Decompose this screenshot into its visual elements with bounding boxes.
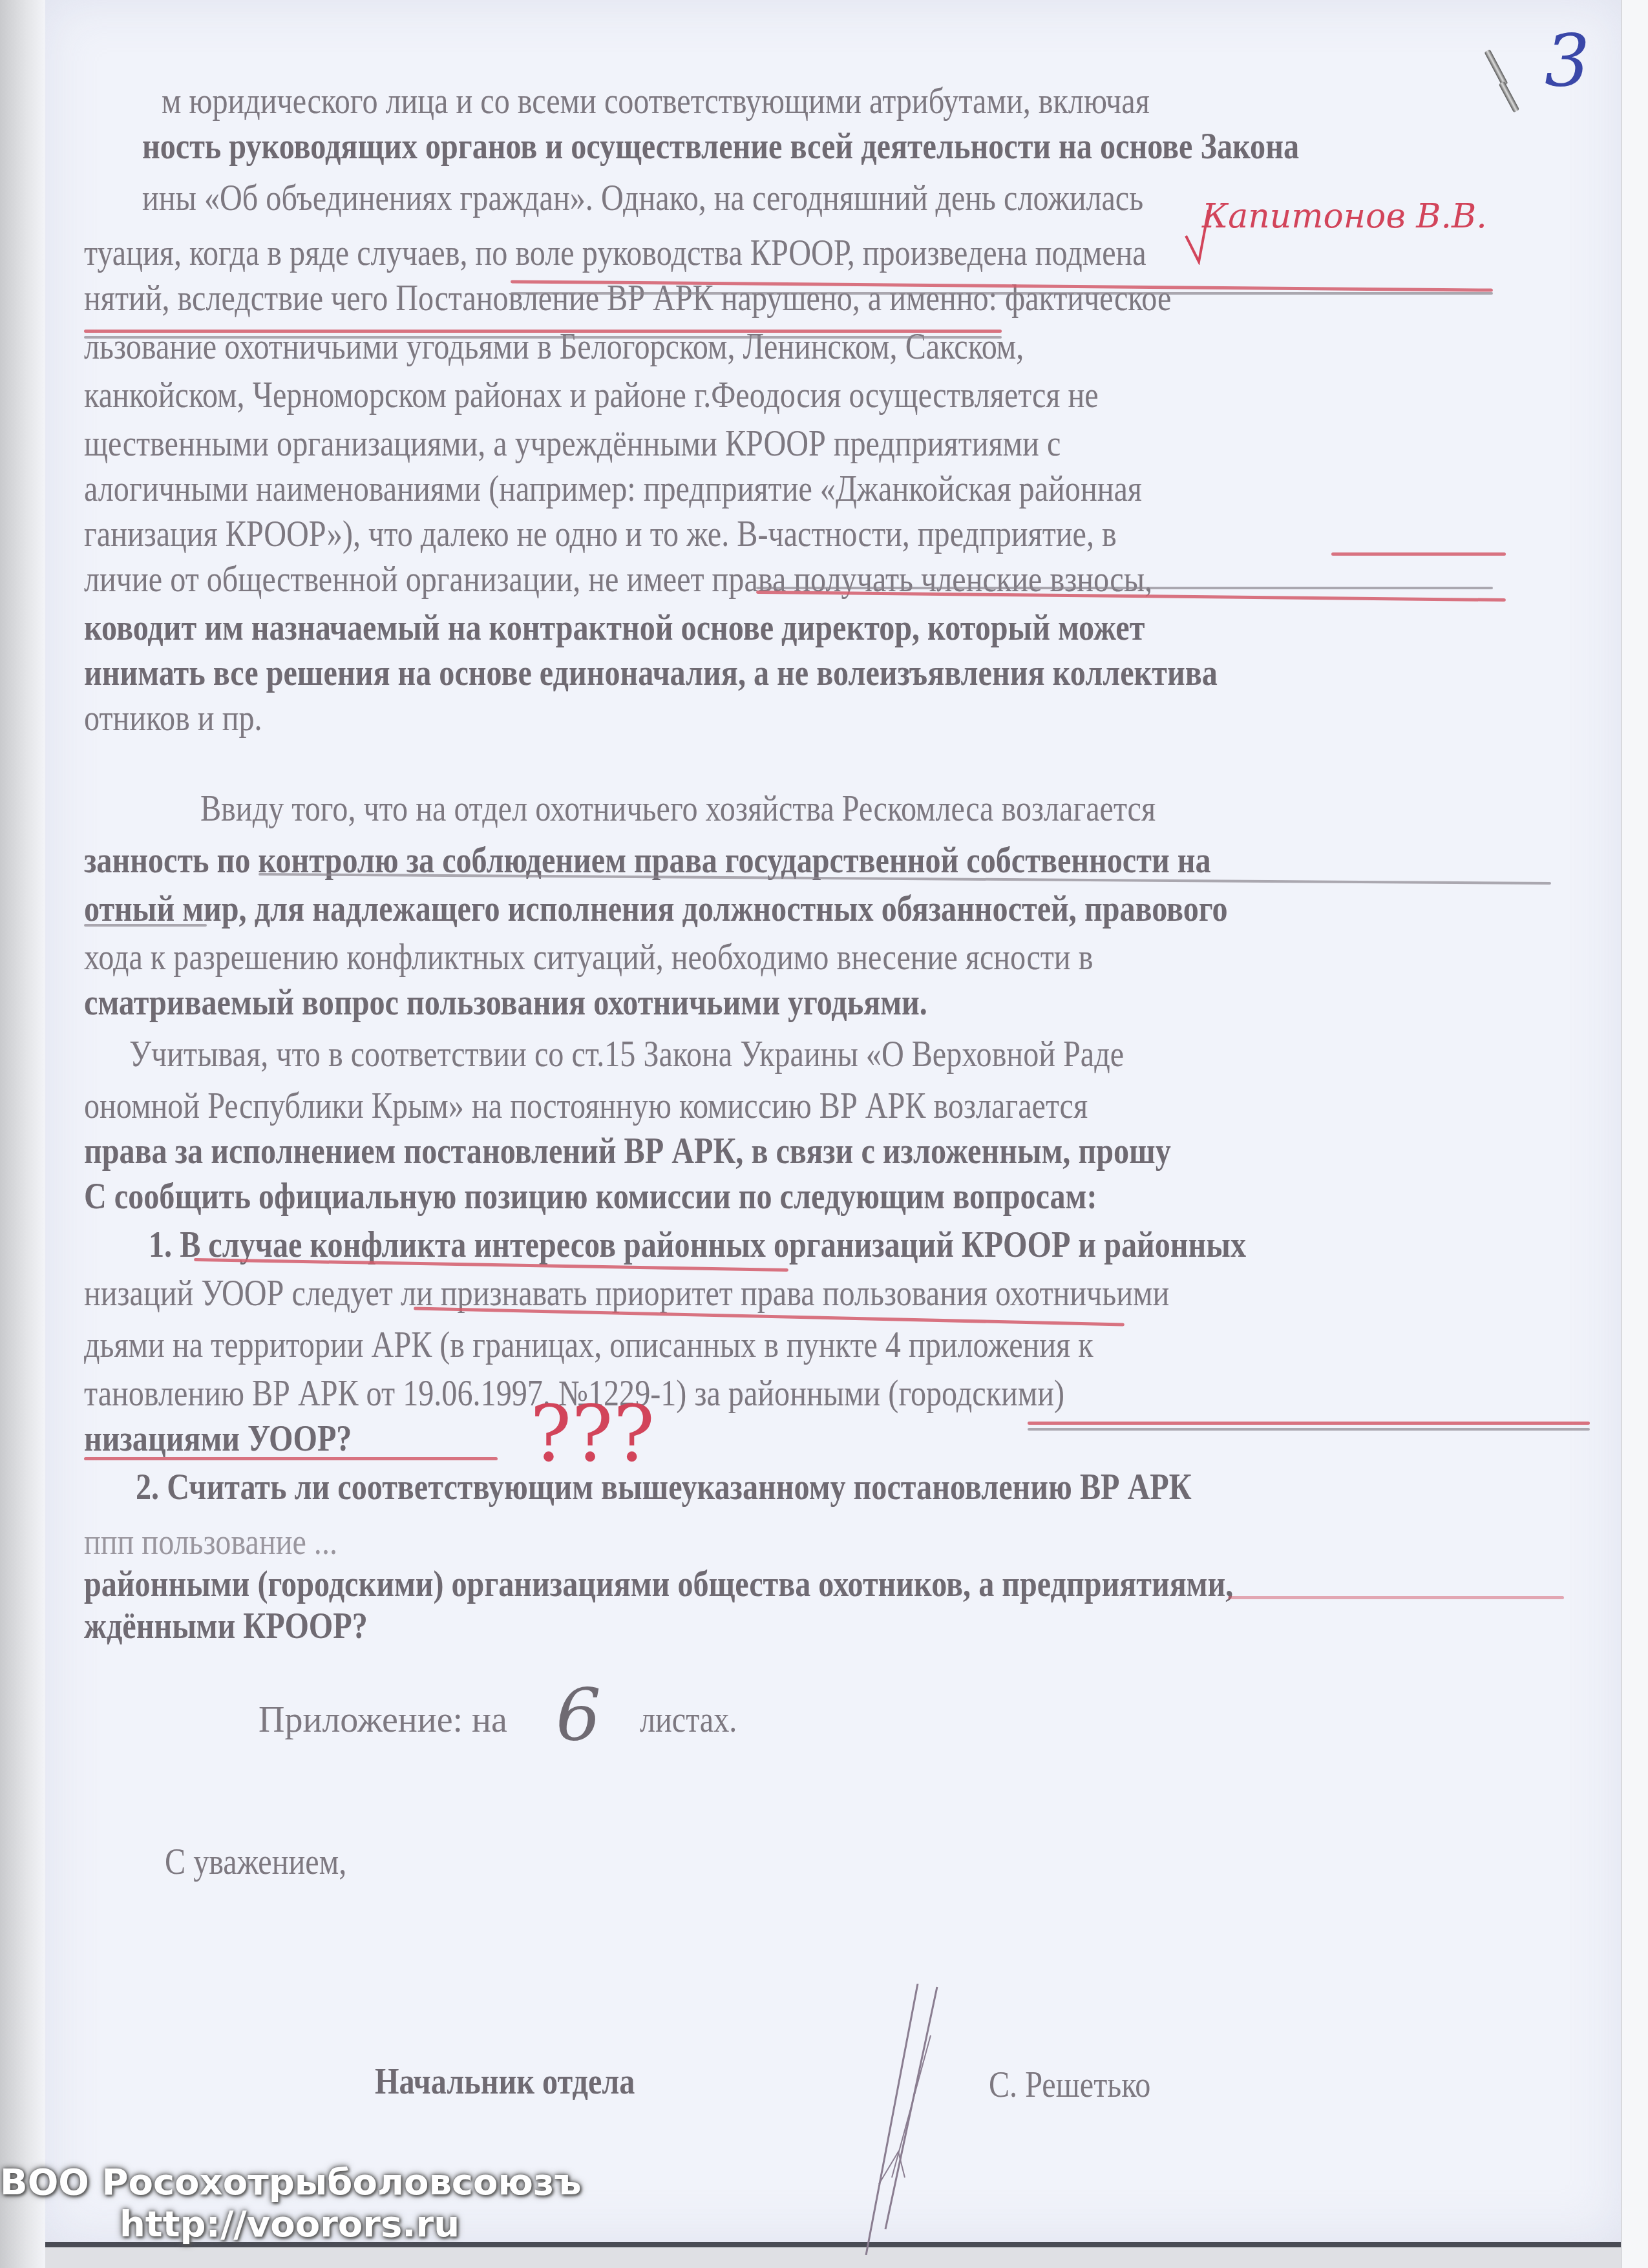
text-line: хода к разрешению конфликтных ситуаций, … bbox=[84, 937, 1093, 978]
pen-underline bbox=[1028, 1422, 1590, 1425]
question-marks: ??? bbox=[530, 1389, 655, 1479]
attachment-prefix: Приложение: на bbox=[259, 1700, 507, 1740]
text-line: ководит им назначаемый на контрактной ос… bbox=[84, 607, 1145, 649]
text-line: районными (городскими) организациями общ… bbox=[84, 1564, 1233, 1605]
text-line: ность руководящих органов и осуществлени… bbox=[142, 126, 1299, 167]
text-line: С сообщить официальную позицию комиссии … bbox=[84, 1176, 1097, 1217]
document-page: 3 м юридического лица и со всеми соответ… bbox=[45, 0, 1622, 2247]
staple-icon bbox=[1499, 81, 1519, 113]
signatory-name: С. Решетько bbox=[989, 2064, 1150, 2106]
question-2: 2. Считать ли соответствующим вышеуказан… bbox=[136, 1467, 1192, 1508]
scan-edge-right bbox=[1621, 0, 1648, 2268]
page-number: 3 bbox=[1545, 19, 1590, 102]
checkmark-icon bbox=[1183, 207, 1221, 265]
text-line: канкойском, Черноморском районах и район… bbox=[84, 375, 1099, 416]
text-line: алогичными наименованиями (например: пре… bbox=[84, 468, 1142, 510]
text-line: отников и пр. bbox=[84, 698, 262, 739]
text-line: низациями УООР? bbox=[84, 1418, 352, 1460]
pencil-underline bbox=[1028, 1428, 1590, 1431]
watermark-url: http://voorors.ru bbox=[120, 2203, 460, 2245]
pen-underline bbox=[1331, 552, 1506, 556]
text-line: туация, когда в ряде случаев, по воле ру… bbox=[84, 233, 1146, 274]
text-line: ины «Об объединениях граждан». Однако, н… bbox=[142, 178, 1143, 219]
attachment-suffix: листах. bbox=[640, 1699, 737, 1741]
text-line: Учитывая, что в соответствии со ст.15 За… bbox=[129, 1034, 1124, 1075]
text-line: ппп пользование ... bbox=[84, 1522, 337, 1563]
text-line: Ввиду того, что на отдел охотничьего хоз… bbox=[200, 788, 1156, 830]
scan-edge-left bbox=[0, 0, 45, 2268]
watermark-org: ВОО Росохотрыболовсоюзъ bbox=[0, 2161, 582, 2203]
text-line: м юридического лица и со всеми соответст… bbox=[162, 81, 1150, 122]
pencil-underline bbox=[756, 587, 1493, 589]
pen-underline bbox=[1228, 1596, 1564, 1599]
text-line: дьями на территории АРК (в границах, опи… bbox=[84, 1325, 1093, 1366]
text-line: инимать все решения на основе единоначал… bbox=[84, 653, 1218, 694]
text-line: ономной Республики Крым» на постоянную к… bbox=[84, 1086, 1088, 1127]
staple-icon bbox=[1484, 49, 1508, 87]
pencil-underline bbox=[84, 336, 1002, 339]
text-line: ганизация КРООР»), что далеко не одно и … bbox=[84, 514, 1117, 555]
pencil-underline bbox=[511, 292, 1493, 295]
pen-underline bbox=[84, 330, 1002, 333]
signature-icon bbox=[840, 1984, 1034, 2255]
text-line: ждёнными КРООР? bbox=[84, 1606, 368, 1647]
text-line: права за исполнением постановлений ВР АР… bbox=[84, 1131, 1171, 1172]
pen-underline bbox=[84, 1457, 498, 1460]
pencil-underline bbox=[84, 924, 207, 927]
closing: С уважением, bbox=[165, 1842, 346, 1883]
text-line: отный мир, для надлежащего исполнения до… bbox=[84, 888, 1228, 930]
text-line: низаций УООР следует ли признавать приор… bbox=[84, 1273, 1169, 1314]
attachment-line: Приложение: на bbox=[259, 1699, 507, 1741]
attachment-count: 6 bbox=[556, 1674, 601, 1756]
handwritten-note: Капитонов В.В. bbox=[1202, 197, 1487, 236]
text-line: сматриваемый вопрос пользования охотничь… bbox=[84, 982, 927, 1024]
text-line: щественными организациями, а учреждённым… bbox=[84, 423, 1061, 465]
signatory-position: Начальник отдела bbox=[375, 2061, 635, 2103]
